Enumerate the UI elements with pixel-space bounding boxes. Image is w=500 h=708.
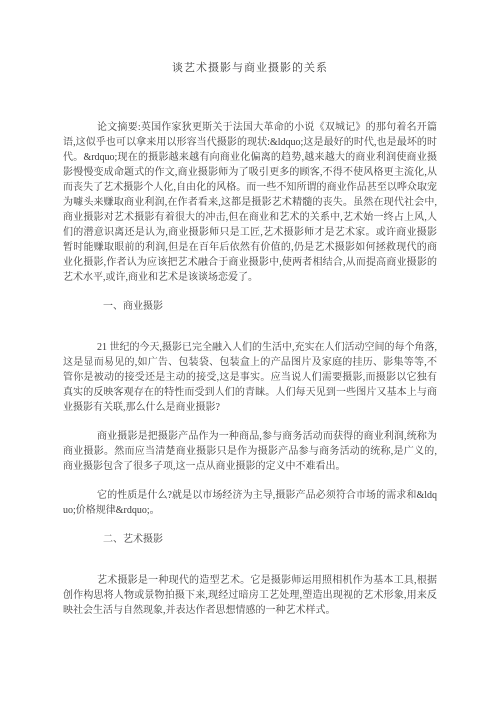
- document-page: 谈艺术摄影与商业摄影的关系 论文摘要:英国作家狄更斯关于法国大革命的小说《双城记…: [0, 0, 500, 708]
- abstract-paragraph: 论文摘要:英国作家狄更斯关于法国大革命的小说《双城记》的那句着名开篇语,这似乎也…: [63, 120, 437, 285]
- paragraph: 21 世纪的今天,摄影已完全融入人们的生活中,充实在人们活动空间的每个角落,这是…: [63, 340, 437, 415]
- document-title: 谈艺术摄影与商业摄影的关系: [63, 60, 437, 76]
- paragraph: 艺术摄影是一种现代的造型艺术。它是摄影师运用照相机作为基本工具,根据创作构思将人…: [63, 573, 437, 618]
- paragraph: 商业摄影是把摄影产品作为一种商品,参与商务活动而获得的商业利润,统称为商业摄影。…: [63, 429, 437, 474]
- paragraph: 它的性质是什么?就是以市场经济为主导,摄影产品必须符合市场的需求和&ldquo;…: [63, 488, 437, 518]
- section-heading-art-photography: 二、艺术摄影: [63, 532, 437, 547]
- section-heading-commercial-photography: 一、商业摄影: [63, 299, 437, 314]
